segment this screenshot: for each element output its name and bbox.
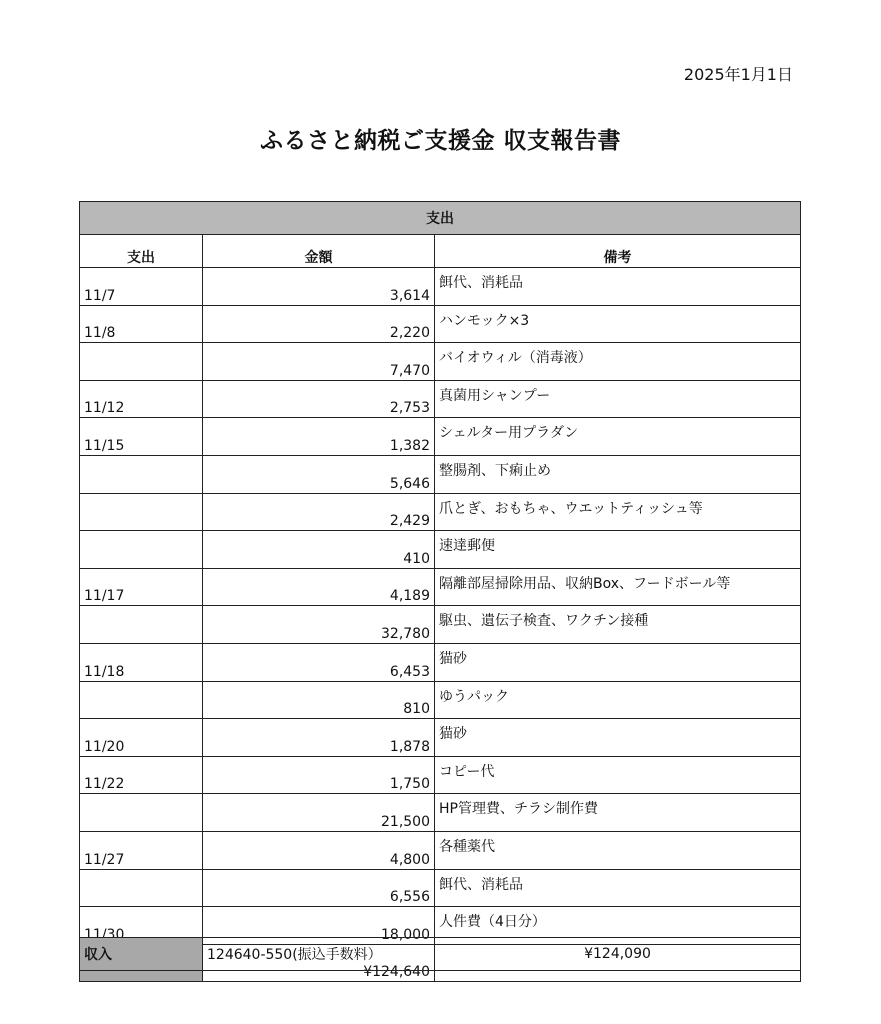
row-date (80, 606, 203, 644)
row-note: 餌代、消耗品 (435, 268, 801, 306)
table-row: 11/18 6,453 猫砂 (80, 643, 801, 681)
row-date: 11/7 (80, 268, 203, 306)
row-amount: 32,780 (203, 606, 435, 644)
table-row: 11/8 2,220 ハンモック×3 (80, 305, 801, 343)
row-date (80, 869, 203, 907)
row-amount: 1,878 (203, 719, 435, 757)
row-amount: 7,470 (203, 343, 435, 381)
row-note: 各種薬代 (435, 831, 801, 869)
table-row: 5,646 整腸剤、下痢止め (80, 455, 801, 493)
income-formula: 124640-550(振込手数料） (203, 938, 435, 971)
table-row: 32,780 駆虫、遺伝子検査、ワクチン接種 (80, 606, 801, 644)
column-header-amount: 金額 (203, 235, 435, 268)
table-row: 2,429 爪とぎ、おもちゃ、ウエットティッシュ等 (80, 493, 801, 531)
row-amount: 4,189 (203, 568, 435, 606)
row-amount: 3,614 (203, 268, 435, 306)
row-date (80, 531, 203, 569)
column-header-note: 備考 (435, 235, 801, 268)
row-note: 速達郵便 (435, 531, 801, 569)
table-row: 7,470 バイオウィル（消毒液） (80, 343, 801, 381)
row-amount: 810 (203, 681, 435, 719)
income-amount: ¥124,090 (435, 938, 801, 971)
expense-section-header: 支出 (80, 202, 801, 235)
row-date (80, 794, 203, 832)
table-row: 410 速達郵便 (80, 531, 801, 569)
row-amount: 6,453 (203, 643, 435, 681)
column-header-date: 支出 (80, 235, 203, 268)
row-amount: 1,750 (203, 756, 435, 794)
income-row: 収入 124640-550(振込手数料） ¥124,090 (80, 938, 801, 971)
row-amount: 21,500 (203, 794, 435, 832)
row-date: 11/17 (80, 568, 203, 606)
row-date: 11/27 (80, 831, 203, 869)
expense-table: 支出 支出 金額 備考 11/7 3,614 餌代、消耗品 11/8 2,220… (79, 201, 801, 982)
table-row: 11/27 4,800 各種薬代 (80, 831, 801, 869)
table-row: 810 ゆうパック (80, 681, 801, 719)
row-amount: 5,646 (203, 455, 435, 493)
row-date (80, 343, 203, 381)
row-note: 餌代、消耗品 (435, 869, 801, 907)
row-date: 11/15 (80, 418, 203, 456)
table-row: 11/17 4,189 隔離部屋掃除用品、収納Box、フードボール等 (80, 568, 801, 606)
row-note: 隔離部屋掃除用品、収納Box、フードボール等 (435, 568, 801, 606)
row-note: バイオウィル（消毒液） (435, 343, 801, 381)
row-amount: 2,220 (203, 305, 435, 343)
row-amount: 2,753 (203, 380, 435, 418)
row-note: ハンモック×3 (435, 305, 801, 343)
table-row: 11/15 1,382 シェルター用プラダン (80, 418, 801, 456)
table-row: 11/20 1,878 猫砂 (80, 719, 801, 757)
row-date (80, 681, 203, 719)
row-date (80, 455, 203, 493)
row-note: HP管理費、チラシ制作費 (435, 794, 801, 832)
table-row: 11/22 1,750 コピー代 (80, 756, 801, 794)
row-date: 11/22 (80, 756, 203, 794)
row-amount: 2,429 (203, 493, 435, 531)
row-note: 駆虫、遺伝子検査、ワクチン接種 (435, 606, 801, 644)
column-header-row: 支出 金額 備考 (80, 235, 801, 268)
row-date: 11/12 (80, 380, 203, 418)
row-note: 整腸剤、下痢止め (435, 455, 801, 493)
row-date: 11/20 (80, 719, 203, 757)
table-row: 6,556 餌代、消耗品 (80, 869, 801, 907)
report-title: ふるさと納税ご支援金 収支報告書 (0, 122, 881, 155)
row-date: 11/18 (80, 643, 203, 681)
row-note: シェルター用プラダン (435, 418, 801, 456)
row-amount: 1,382 (203, 418, 435, 456)
table-row: 11/12 2,753 真菌用シャンプー (80, 380, 801, 418)
row-note: 爪とぎ、おもちゃ、ウエットティッシュ等 (435, 493, 801, 531)
row-date (80, 493, 203, 531)
row-amount: 4,800 (203, 831, 435, 869)
table-row: 11/7 3,614 餌代、消耗品 (80, 268, 801, 306)
income-label: 収入 (80, 938, 203, 971)
income-table: 収入 124640-550(振込手数料） ¥124,090 (79, 937, 801, 971)
table-row: 21,500 HP管理費、チラシ制作費 (80, 794, 801, 832)
row-amount: 6,556 (203, 869, 435, 907)
row-note: コピー代 (435, 756, 801, 794)
report-date: 2025年1月1日 (600, 62, 793, 85)
row-note: 猫砂 (435, 643, 801, 681)
row-date: 11/8 (80, 305, 203, 343)
row-note: 猫砂 (435, 719, 801, 757)
row-note: ゆうパック (435, 681, 801, 719)
row-amount: 410 (203, 531, 435, 569)
row-note: 真菌用シャンプー (435, 380, 801, 418)
